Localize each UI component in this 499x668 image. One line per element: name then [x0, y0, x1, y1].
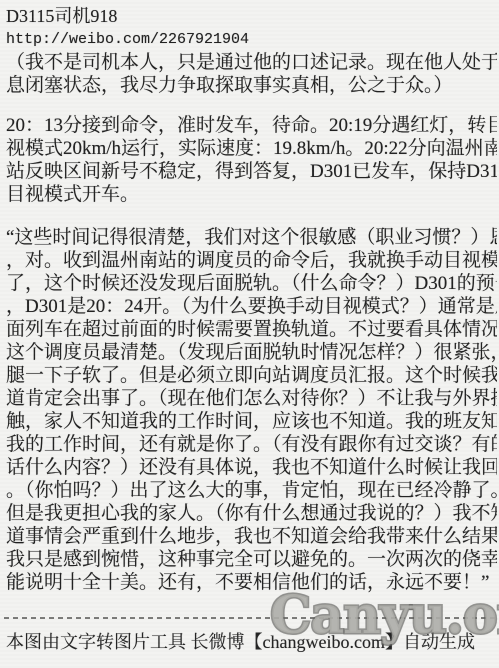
text-line: 道肯定会出事了。（现在他们怎么对待你？）不让我与外界接	[6, 387, 497, 410]
page-title: D3115司机918	[6, 5, 497, 28]
text-line: ，对。收到温州南站的调度员的命令后，我就换手动目视模式	[6, 249, 497, 272]
note-paragraph: （我不是司机本人，只是通过他的口述记录。现在他人处于消息闭塞状态，我尽力争取探取…	[6, 51, 497, 97]
text-line: 这个调度员最清楚。（发现后面脱轨时情况怎样？）很紧张，	[6, 341, 497, 364]
text-line: 我的工作时间，还有就是你了。（有没有跟你有过交谈？有的	[6, 433, 497, 456]
text-line: ，D301是20：24开。（为什么要换手动目视模式？）通常是后	[6, 295, 497, 318]
document-body: D3115司机918 http://weibo.com/2267921904 （…	[0, 0, 499, 594]
text-line: 道事情会严重到什么地步，我也不知道会给我带来什么结果，	[6, 525, 497, 548]
text-line: 面列车在超过前面的时候需要置换轨道。不过要看具体情况，	[6, 318, 497, 341]
quote-paragraph: “这些时间记得很清楚，我们对这个很敏感（职业习惯？）恩，对。收到温州南站的调度员…	[6, 226, 497, 594]
text-line: 腿一下子软了。但是必须立即向站调度员汇报。这个时候我知	[6, 364, 497, 387]
text-line: 触，家人不知道我的工作时间，应该也不知道。我的班友知道	[6, 410, 497, 433]
text-line: 20：13分接到命令，准时发车，待命。20:19分遇红灯，转目	[6, 114, 497, 137]
text-line: 目视模式开车。	[6, 183, 497, 206]
canyu-watermark: Canyu.org	[270, 586, 499, 646]
text-line: （我不是司机本人，只是通过他的口述记录。现在他人处于消	[6, 51, 497, 74]
weibo-url: http://weibo.com/2267921904	[6, 28, 497, 51]
text-line: 我只是感到惋惜，这种事完全可以避免的。一次两次的侥幸不	[6, 548, 497, 571]
long-weibo-image: D3115司机918 http://weibo.com/2267921904 （…	[0, 0, 499, 668]
text-line: 话什么内容？）还没有具体说，我也不知道什么时候让我回去	[6, 456, 497, 479]
text-line: “这些时间记得很清楚，我们对这个很敏感（职业习惯？）恩	[6, 226, 497, 249]
text-line: 站反映区间新号不稳定，得到答复，D301已发车，保持D3115以	[6, 160, 497, 183]
text-line: 息闭塞状态，我尽力争取探取事实真相，公之于众。）	[6, 74, 497, 97]
text-line: 但是我更担心我的家人。（你有什么想通过我说的？）我不知	[6, 502, 497, 525]
text-line: 视模式20km/h运行，实际速度：19.8km/h。20:22分向温州南	[6, 137, 497, 160]
text-line: 。（你怕吗？）出了这么大的事，肯定怕，现在已经冷静了。	[6, 479, 497, 502]
timeline-paragraph: 20：13分接到命令，准时发车，待命。20:19分遇红灯，转目视模式20km/h…	[6, 114, 497, 206]
text-line: 了，这个时候还没发现后面脱轨。（什么命令？）D301的预告	[6, 272, 497, 295]
